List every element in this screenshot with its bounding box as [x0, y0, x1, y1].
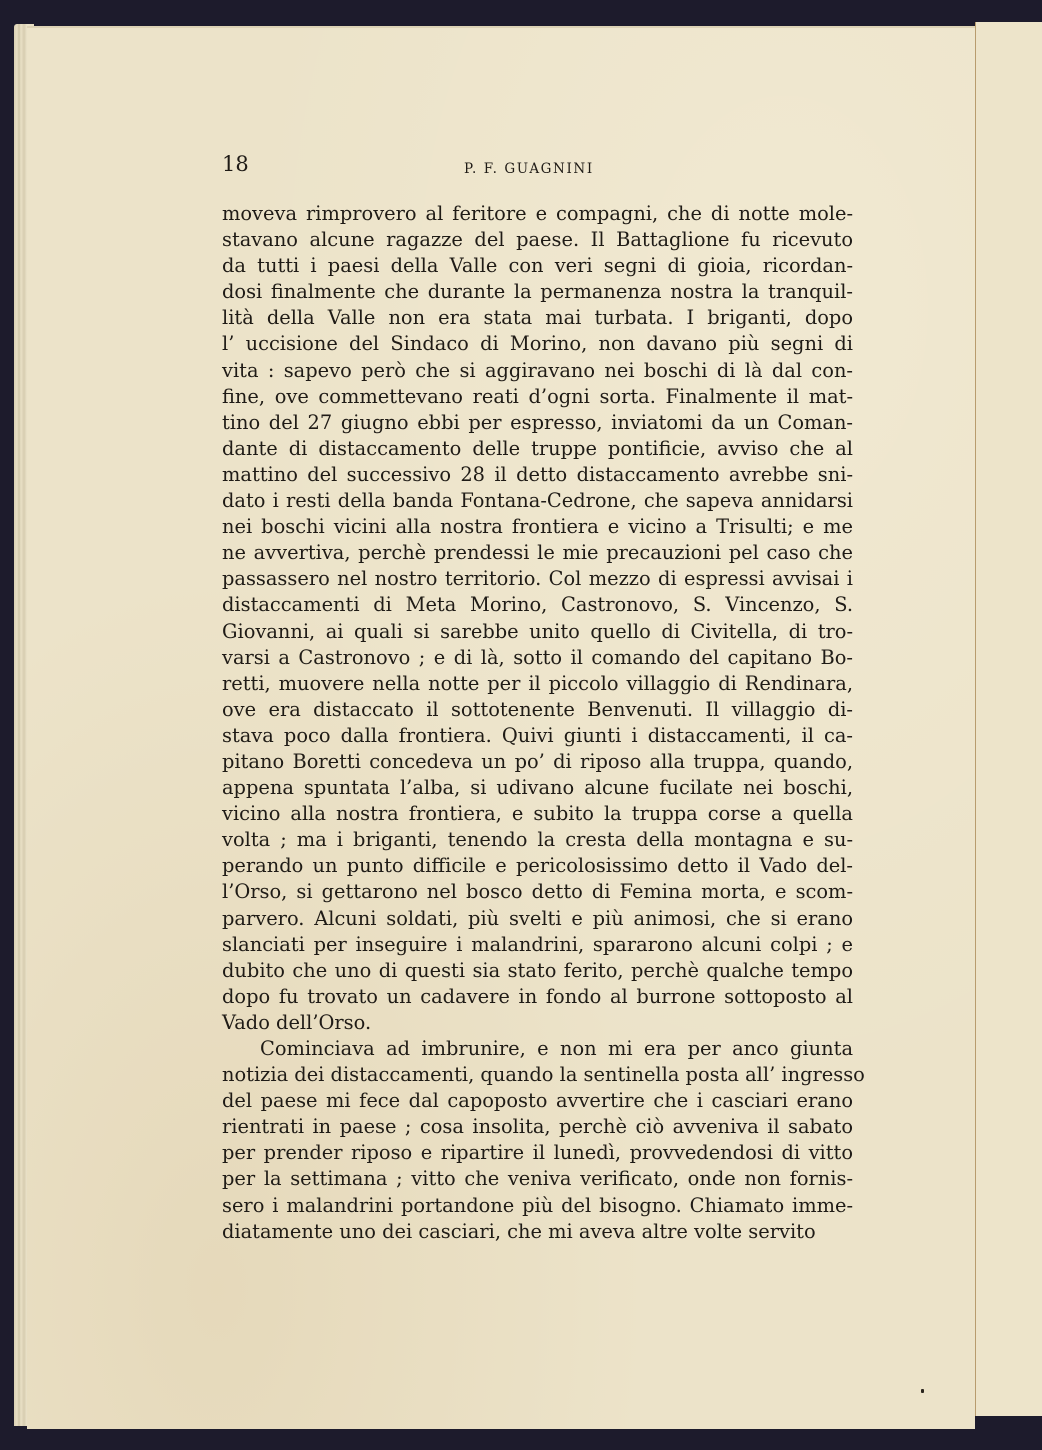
text-line: dante di distaccamento delle truppe pont… [222, 436, 853, 462]
text-line: stavano alcune ragazze del paese. Il Bat… [222, 227, 853, 253]
text-line: Vado dell’Orso. [222, 1010, 853, 1036]
text-line: l’ uccisione del Sindaco di Morino, non … [222, 331, 853, 357]
paragraph: Cominciava ad imbrunire, e non mi era pe… [222, 1036, 853, 1245]
text-line: moveva rimprovero al feritore e compagni… [222, 201, 853, 227]
text-line: diatamente uno dei casciari, che mi avev… [222, 1219, 853, 1245]
running-head: 18 P. F. GUAGNINI [222, 152, 853, 182]
text-line: parvero. Alcuni soldati, più svelti e pi… [222, 906, 853, 932]
text-line: lità della Valle non era stata mai turba… [222, 305, 853, 331]
text-line: ne avvertiva, perchè prendessi le mie pr… [222, 540, 853, 566]
text-line: mattino del successivo 28 il detto dista… [222, 462, 853, 488]
text-line: dubito che uno di questi sia stato ferit… [222, 958, 853, 984]
text-line: varsi a Castronovo ; e di là, sotto il c… [222, 645, 853, 671]
text-line: passassero nel nostro territorio. Col me… [222, 566, 853, 592]
text-line: dosi finalmente che durante la permanenz… [222, 279, 853, 305]
running-head-author: P. F. GUAGNINI [464, 161, 594, 177]
text-line: rientrati in paese ; cosa insolita, perc… [222, 1114, 853, 1140]
text-line: pitano Boretti concedeva un po’ di ripos… [222, 749, 853, 775]
text-line: perando un punto difficile e pericolosis… [222, 853, 853, 879]
text-line: del paese mi fece dal capoposto avvertir… [222, 1088, 853, 1114]
page-number: 18 [222, 152, 249, 176]
text-line: l’Orso, si gettarono nel bosco detto di … [222, 879, 853, 905]
text-line: retti, muovere nella notte per il piccol… [222, 671, 853, 697]
text-line: tino del 27 giugno ebbi per espresso, in… [222, 410, 853, 436]
text-line: notizia dei distaccamenti, quando la sen… [222, 1062, 853, 1088]
text-line: appena spuntata l’alba, si udivano alcun… [222, 775, 853, 801]
text-line: da tutti i paesi della Valle con veri se… [222, 253, 853, 279]
text-line: vicino alla nostra frontiera, e subito l… [222, 801, 853, 827]
text-line: volta ; ma i briganti, tenendo la cresta… [222, 827, 853, 853]
text-line: Cominciava ad imbrunire, e non mi era pe… [222, 1036, 853, 1062]
ink-speck [921, 1389, 924, 1393]
text-line: dopo fu trovato un cadavere in fondo al … [222, 984, 853, 1010]
text-line: per la settimana ; vitto che veniva veri… [222, 1166, 853, 1192]
text-line: distaccamenti di Meta Morino, Castronovo… [222, 592, 853, 618]
text-line: slanciati per inseguire i malandrini, sp… [222, 932, 853, 958]
text-line: fine, ove commettevano reati d’ogni sort… [222, 384, 853, 410]
text-line: vita : sapevo però che si aggiravano nei… [222, 358, 853, 384]
text-line: ove era distaccato il sottotenente Benve… [222, 697, 853, 723]
paragraph: moveva rimprovero al feritore e compagni… [222, 201, 853, 1036]
text-line: sero i malandrini portandone più del bis… [222, 1193, 853, 1219]
text-line: nei boschi vicini alla nostra frontiera … [222, 514, 853, 540]
text-line: per prender riposo e ripartire il lunedì… [222, 1140, 853, 1166]
body-text: moveva rimprovero al feritore e compagni… [222, 201, 853, 1245]
text-line: dato i resti della banda Fontana-Cedrone… [222, 488, 853, 514]
text-line: Giovanni, ai quali si sarebbe unito quel… [222, 619, 853, 645]
text-line: stava poco dalla frontiera. Quivi giunti… [222, 723, 853, 749]
facing-page-edge [975, 22, 1042, 1416]
